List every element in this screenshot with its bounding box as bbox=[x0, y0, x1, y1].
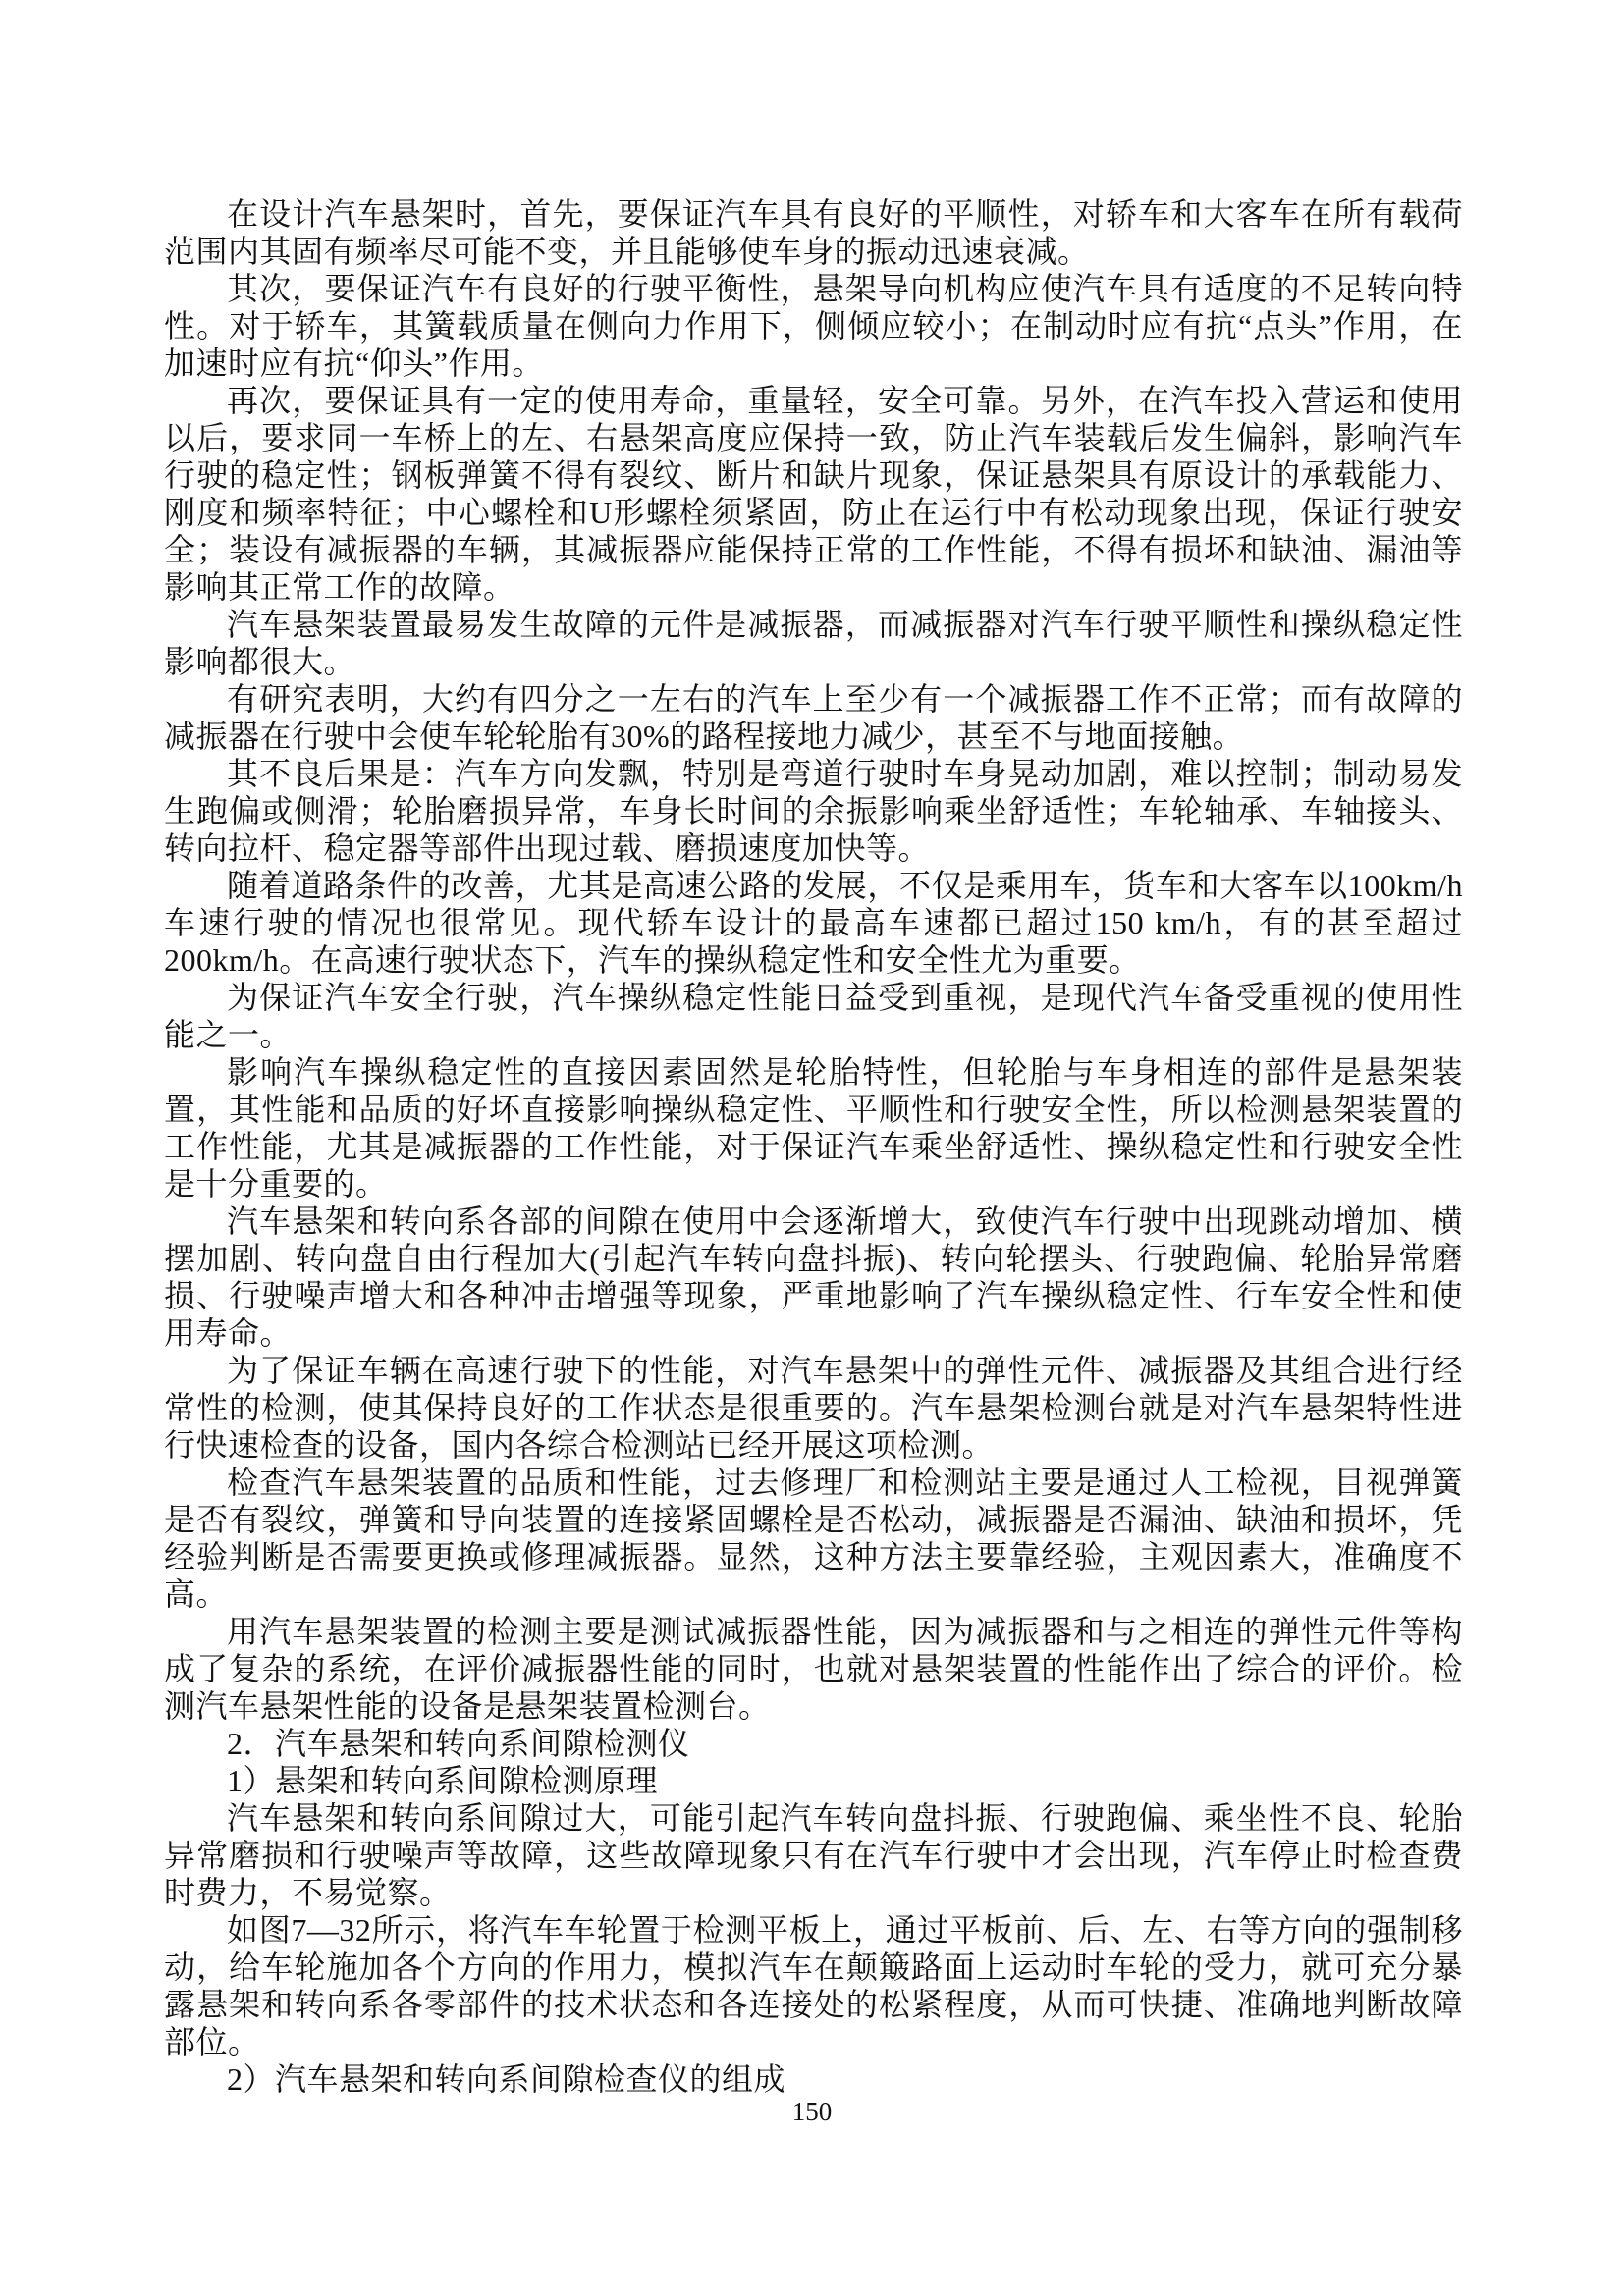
section-heading-2: 2．汽车悬架和转向系间隙检测仪 bbox=[164, 1725, 1463, 1762]
subsection-heading-2: 2）汽车悬架和转向系间隙检查仪的组成 bbox=[164, 2060, 1463, 2098]
document-page: 在设计汽车悬架时，首先，要保证汽车具有良好的平顺性，对轿车和大客车在所有载荷范围… bbox=[0, 0, 1624, 2296]
paragraph: 检查汽车悬架装置的品质和性能，过去修理厂和检测站主要是通过人工检视，目视弹簧是否… bbox=[164, 1464, 1463, 1613]
paragraph: 在设计汽车悬架时，首先，要保证汽车具有良好的平顺性，对轿车和大客车在所有载荷范围… bbox=[164, 195, 1463, 270]
paragraph: 汽车悬架和转向系间隙过大，可能引起汽车转向盘抖振、行驶跑偏、乘坐性不良、轮胎异常… bbox=[164, 1799, 1463, 1911]
paragraph: 汽车悬架装置最易发生故障的元件是减振器，而减振器对汽车行驶平顺性和操纵稳定性影响… bbox=[164, 606, 1463, 680]
text-body: 在设计汽车悬架时，首先，要保证汽车具有良好的平顺性，对轿车和大客车在所有载荷范围… bbox=[164, 195, 1463, 2098]
paragraph: 其不良后果是：汽车方向发飘，特别是弯道行驶时车身晃动加剧，难以控制；制动易发生跑… bbox=[164, 755, 1463, 867]
paragraph: 影响汽车操纵稳定性的直接因素固然是轮胎特性，但轮胎与车身相连的部件是悬架装置，其… bbox=[164, 1053, 1463, 1202]
paragraph: 如图7—32所示，将汽车车轮置于检测平板上，通过平板前、后、左、右等方向的强制移… bbox=[164, 1911, 1463, 2060]
paragraph: 再次，要保证具有一定的使用寿命，重量轻，安全可靠。另外，在汽车投入营运和使用以后… bbox=[164, 382, 1463, 606]
paragraph: 为了保证车辆在高速行驶下的性能，对汽车悬架中的弹性元件、减振器及其组合进行经常性… bbox=[164, 1352, 1463, 1464]
paragraph: 为保证汽车安全行驶，汽车操纵稳定性能日益受到重视，是现代汽车备受重视的使用性能之… bbox=[164, 979, 1463, 1053]
paragraph: 有研究表明，大约有四分之一左右的汽车上至少有一个减振器工作不正常；而有故障的减振… bbox=[164, 680, 1463, 755]
paragraph: 用汽车悬架装置的检测主要是测试减振器性能，因为减振器和与之相连的弹性元件等构成了… bbox=[164, 1613, 1463, 1725]
paragraph: 其次，要保证汽车有良好的行驶平衡性，悬架导向机构应使汽车具有适度的不足转向特性。… bbox=[164, 270, 1463, 382]
subsection-heading-1: 1）悬架和转向系间隙检测原理 bbox=[164, 1762, 1463, 1799]
paragraph: 汽车悬架和转向系各部的间隙在使用中会逐渐增大，致使汽车行驶中出现跳动增加、横摆加… bbox=[164, 1202, 1463, 1352]
paragraph: 随着道路条件的改善，尤其是高速公路的发展，不仅是乘用车，货车和大客车以100km… bbox=[164, 867, 1463, 979]
page-number: 150 bbox=[0, 2097, 1624, 2126]
